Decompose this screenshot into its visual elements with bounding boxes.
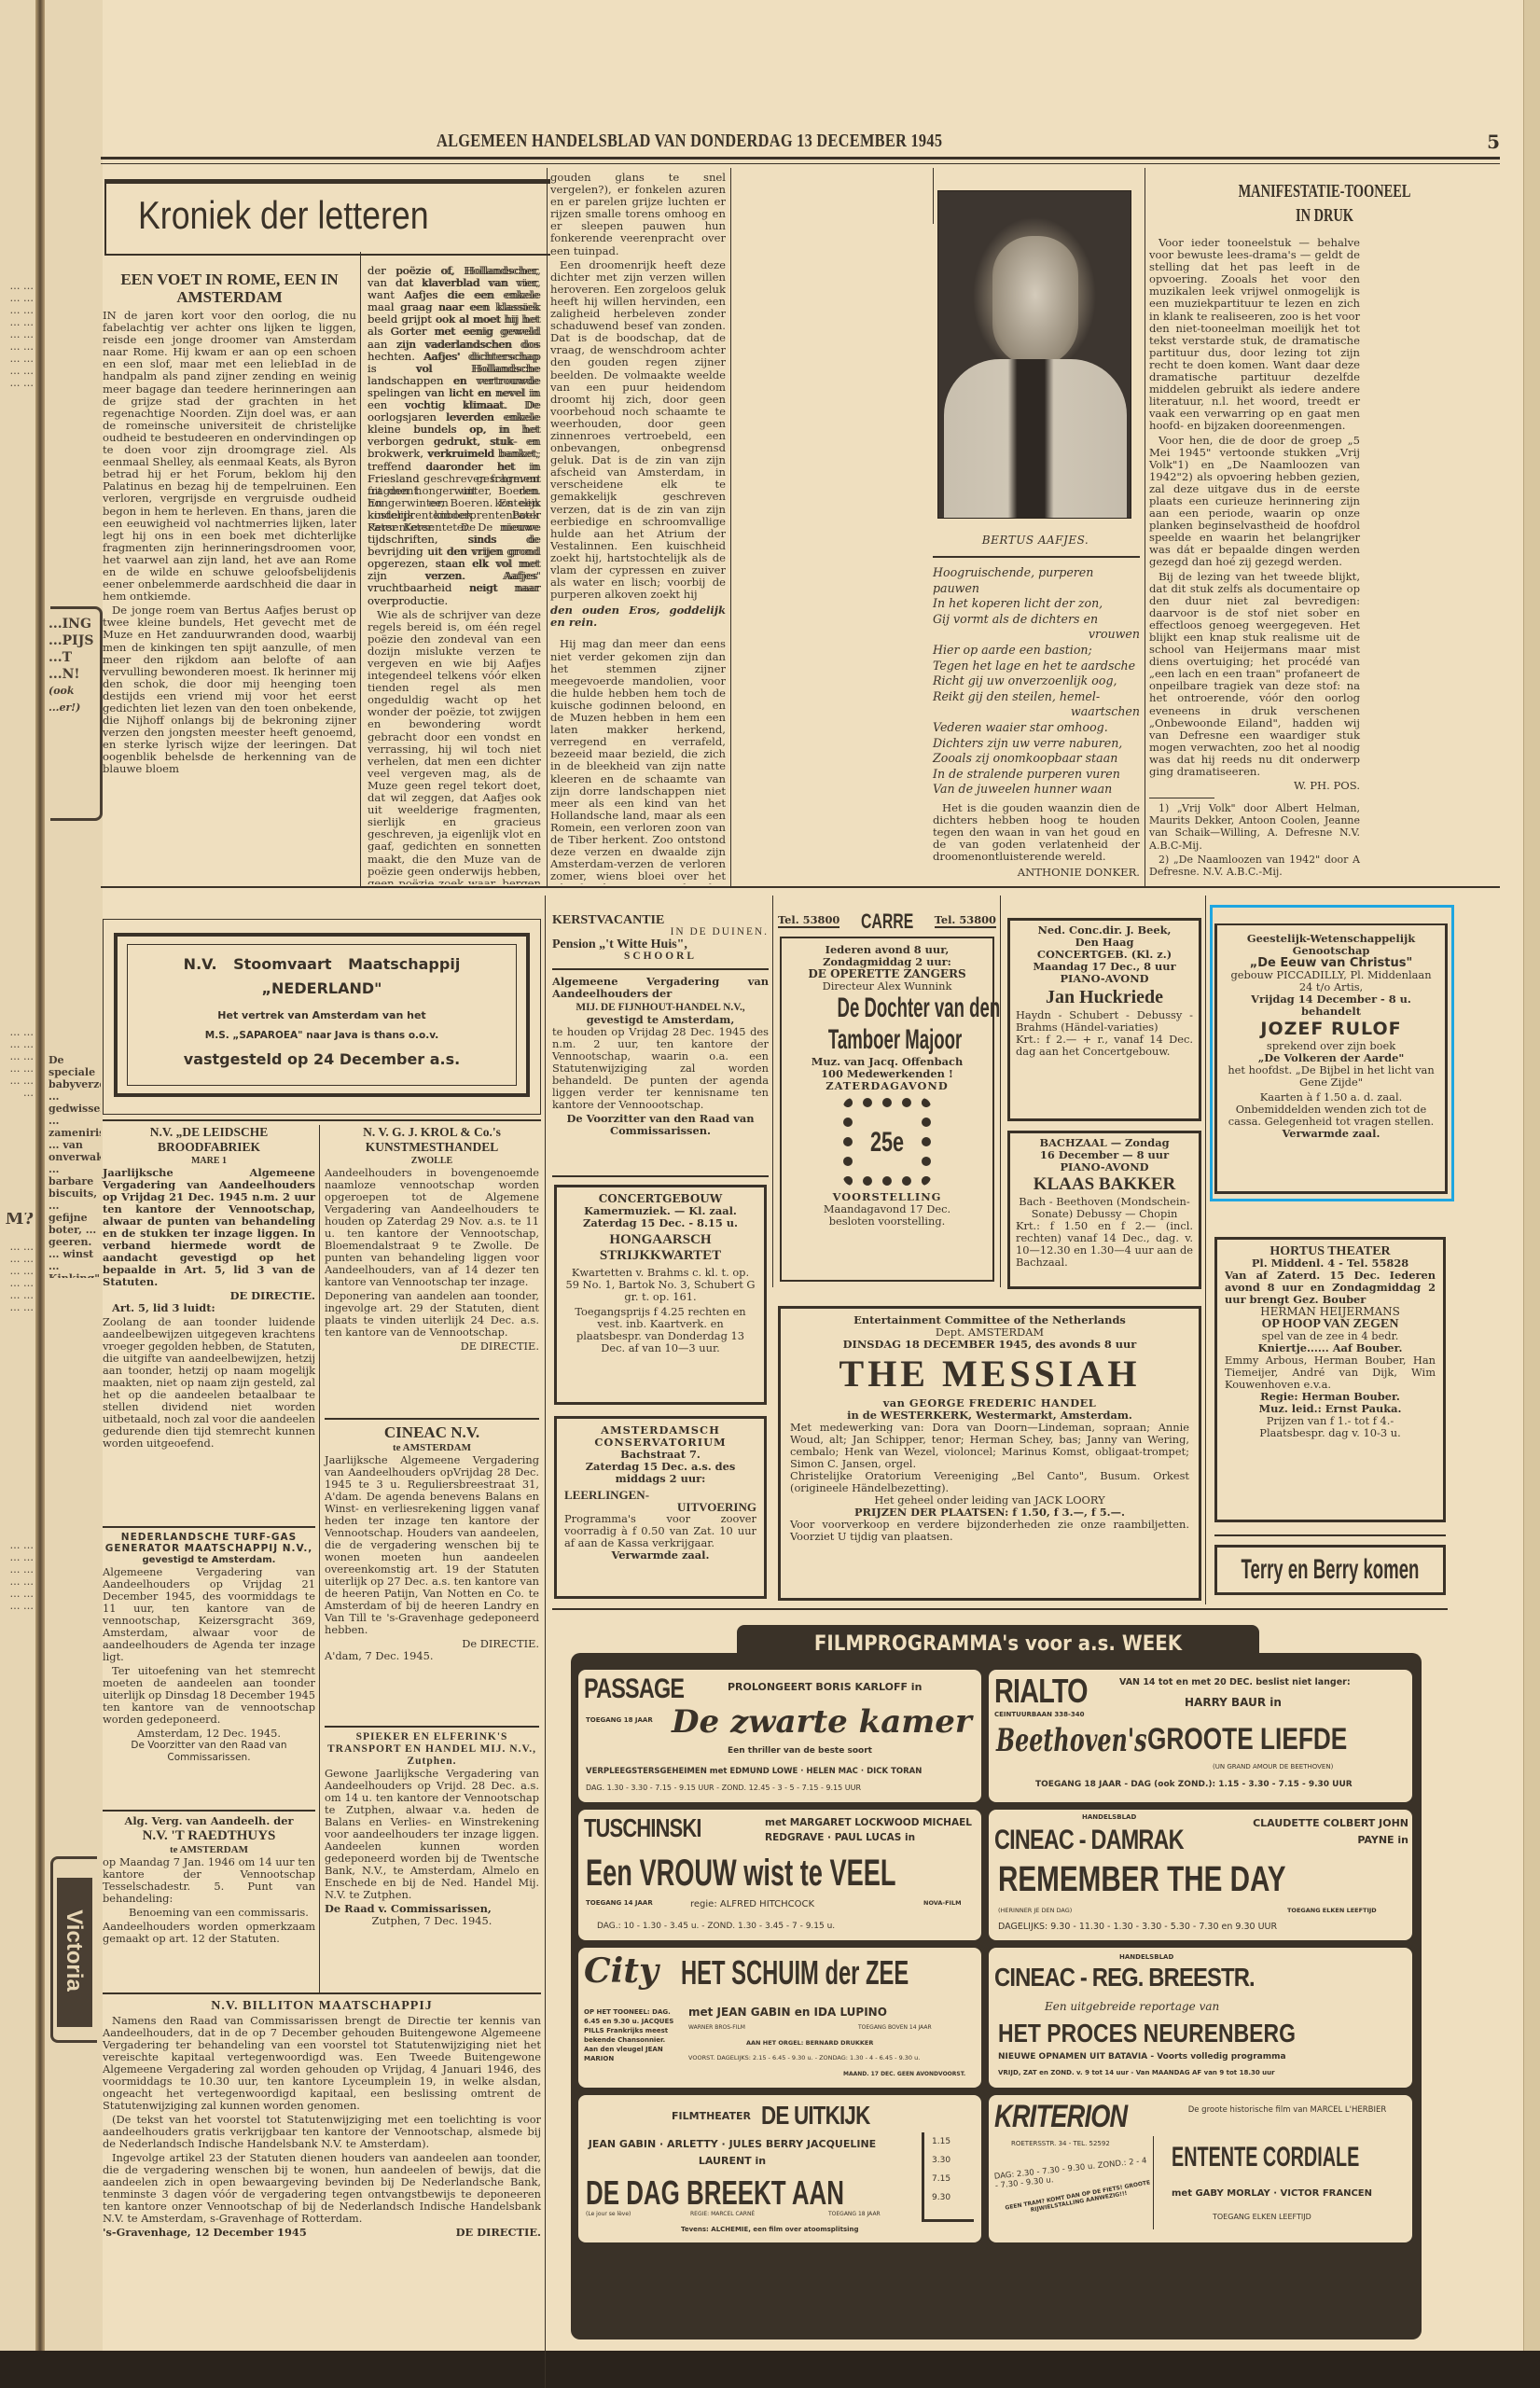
article-column-3: gouden glans te snel vergelen?), er fonk… [550,172,726,884]
column-divider [547,168,548,886]
film-de-uitkijk[interactable]: FILMTHEATER DE UITKIJK JEAN GABIN · ARLE… [578,2095,981,2242]
film-title: ENTENTE CORDIALE [1172,2142,1359,2173]
anniversary-wreath-icon: 25e [843,1098,931,1186]
film-rialto[interactable]: RIALTO CEINTUURBAAN 338-340 VAN 14 tot e… [989,1670,1412,1802]
article-signature: ANTHONIE DONKER. [933,867,1140,879]
ad-rule [325,1726,539,1728]
ad-spieker-elferink: SPIEKER EN ELFERINK'S TRANSPORT EN HANDE… [325,1731,539,1927]
column-divider [1000,895,1001,1287]
cinema-name: RIALTO [994,1672,1088,1711]
column-divider [730,168,731,886]
ad-rule [1214,1534,1446,1536]
ad-rule [552,1608,1448,1610]
section-rule [101,886,1500,888]
portrait-jacket [944,359,1127,518]
showtimes: 1.15 3.30 7.15 9.30 [922,2132,974,2222]
ad-conservatorium: AMSTERDAMSCH CONSERVATORIUM Bachstraat 7… [554,1416,767,1599]
ad-hortus-theater: HORTUS THEATER Pl. Middenl. 4 - Tel. 558… [1214,1237,1446,1522]
portrait-face [992,236,1078,367]
film-kriterion[interactable]: KRITERION ROETERSSTR. 34 - TEL. 52592 DA… [989,2095,1412,2242]
film-title: De zwarte kamer [672,1703,972,1741]
cinema-name: CINEAC - REG. BREESTR. [994,1963,1255,1992]
author-photo [937,190,1131,519]
ad-cineac-nv: CINEAC N.V. te AMSTERDAM Jaarlijksche Al… [325,1423,539,1662]
column-divider [933,168,934,224]
previous-page-fragment: ...ING ...PIJS ...T ...N! (ook ...er!) D… [0,0,103,2351]
film-title: Een VROUW wist te VEEL [586,1853,895,1895]
cinema-name: PASSAGE [584,1673,684,1705]
ad-fragment: ...ING ...PIJS ...T ...N! (ook ...er!) [49,616,101,716]
article-signature: W. PH. POS. [1149,780,1360,792]
article-column-2-text: der poëzie of, Hollandscher, van dat kla… [368,265,541,884]
film-title: HET SCHUIM der ZEE [681,1953,909,1992]
film-title: HET PROCES NEURENBERG [998,2019,1296,2048]
article-headline-manifestatie: MANIFESTATIE-TOONEEL IN DRUK [1149,179,1500,228]
column-divider [360,252,361,886]
film-tuschinski[interactable]: TUSCHINSKI met MARGARET LOCKWOOD MICHAEL… [578,1810,981,1940]
column-divider [1145,168,1145,886]
article-headline: EEN VOET IN ROME, EEN IN AMSTERDAM [103,271,356,306]
ad-turfgas: NEDERLANDSCHE TURF-GAS GENERATOR MAATSCH… [103,1532,315,1764]
binding-fold [35,0,45,2351]
article-column-1: IN de jaren kort voor den oorlog, die nu… [103,310,356,778]
victoria-ad: Victoria [50,1856,97,2043]
film-cineac-damrak[interactable]: HANDELSBLAD CINEAC - DAMRAK CLAUDETTE CO… [989,1810,1412,1940]
cinema-name: TUSCHINSKI [584,1813,701,1843]
ad-klaas-bakker: BACHZAAL — Zondag 16 December — 8 uur PI… [1007,1131,1201,1289]
ad-rule [103,1119,541,1121]
film-title: GROOTE LIEFDE [1147,1722,1347,1756]
ad-rule [103,1810,315,1812]
photo-caption: BERTUS AAFJES. [933,534,1138,547]
column-divider [319,1125,320,1992]
caption-rule [933,556,1140,558]
ad-stoomvaart: N.V. Stoomvaart Maatschappij „NEDERLAND"… [114,933,530,1097]
film-passage[interactable]: PASSAGE PROLONGEERT BORIS KARLOFF in TOE… [578,1670,981,1802]
column-divider [1205,895,1206,1604]
film-cineac-reguliersbreestraat[interactable]: HANDELSBLAD CINEAC - REG. BREESTR. Een u… [989,1948,1412,2088]
poem-commentary: Het is die gouden waanzin dien de dichte… [933,802,1140,880]
page-number: 5 [1487,131,1500,153]
ad-rule [552,1175,769,1177]
footnote-2: 2) „De Naamloozen van 1942" door A Defre… [1149,854,1360,878]
ad-rule [325,1418,539,1420]
column-divider [545,895,546,2388]
masthead: ALGEMEEN HANDELSBLAD VAN DONDERDAG 13 DE… [101,131,1500,159]
ad-terry-en-berry: Terry en Berry komen [1214,1545,1446,1595]
film-title: DE DAG BREEKT AAN [586,2173,844,2213]
masthead-rule [101,157,1500,164]
film-title: REMEMBER THE DAY [998,1860,1286,1900]
ad-raedthuys: Alg. Verg. van Aandeelh. der N.V. 'T RAE… [103,1815,315,1947]
selection-highlight[interactable] [1210,905,1454,1201]
ad-billiton: N.V. BILLITON MAATSCHAPPIJ Namens den Ra… [103,1998,541,2239]
ad-jan-huckriede: Ned. Conc.dir. J. Beek, Den Haag CONCERT… [1007,918,1201,1121]
cinema-name: DE UITKIJK [761,2101,869,2131]
ad-rule [103,1526,315,1528]
ad-carre: Iederen avond 8 uur, Zondagmiddag 2 uur:… [780,937,994,1282]
newspaper-page: ...ING ...PIJS ...T ...N! (ook ...er!) D… [0,0,1540,2351]
section-title: Kroniek der letteren [138,193,429,238]
column-divider [772,895,773,1287]
manifestatie-body: Voor ieder tooneelstuk — behalve voor be… [1149,237,1360,880]
carre-logo: CARRE [861,915,913,927]
cinema-name: City [584,1951,659,1991]
promo-fragment: De speciale babyverzorgde ... gedwisseld… [49,1054,101,1278]
ad-rule [103,1992,541,1994]
cinema-name: CINEAC - DAMRAK [994,1825,1184,1856]
ad-leidsche-broodfabriek: N.V. „DE LEIDSCHE BROODFABRIEK MARE 1 Ja… [103,1125,315,1451]
question-fragment: M? [0,1213,34,1225]
section-header-box: Kroniek der letteren [104,179,556,256]
right-page-edge [1523,0,1540,2351]
ad-krol-kunstmesthandel: N. V. G. J. KROL & Co.'s KUNSTMESTHANDEL… [325,1125,539,1353]
ad-hongaarsch-strijkkwartet: CONCERTGEBOUW Kamermuziek. — Kl. zaal. Z… [554,1185,767,1405]
ad-kerstvacantie: KERSTVACANTIE IN DE DUINEN. Pension „'t … [552,914,769,1137]
film-city[interactable]: City HET SCHUIM der ZEE met JEAN GABIN e… [578,1948,981,2088]
newspaper-title: ALGEMEEN HANDELSBLAD VAN DONDERDAG 13 DE… [437,131,942,152]
cinema-name: KRITERION [994,2099,1127,2135]
ad-the-messiah: Entertainment Committee of the Netherlan… [778,1306,1201,1601]
ad-carre-header: Tel. 53800 CARRE Tel. 53800 [778,914,996,928]
footnote-1: 1) „Vrij Volk" door Albert Helman, Mauri… [1149,802,1360,851]
poem: Hoogruischende, purperen pauwen In het k… [933,565,1140,798]
film-programme-header: FILMPROGRAMMA's voor a.s. WEEK [737,1625,1259,1668]
